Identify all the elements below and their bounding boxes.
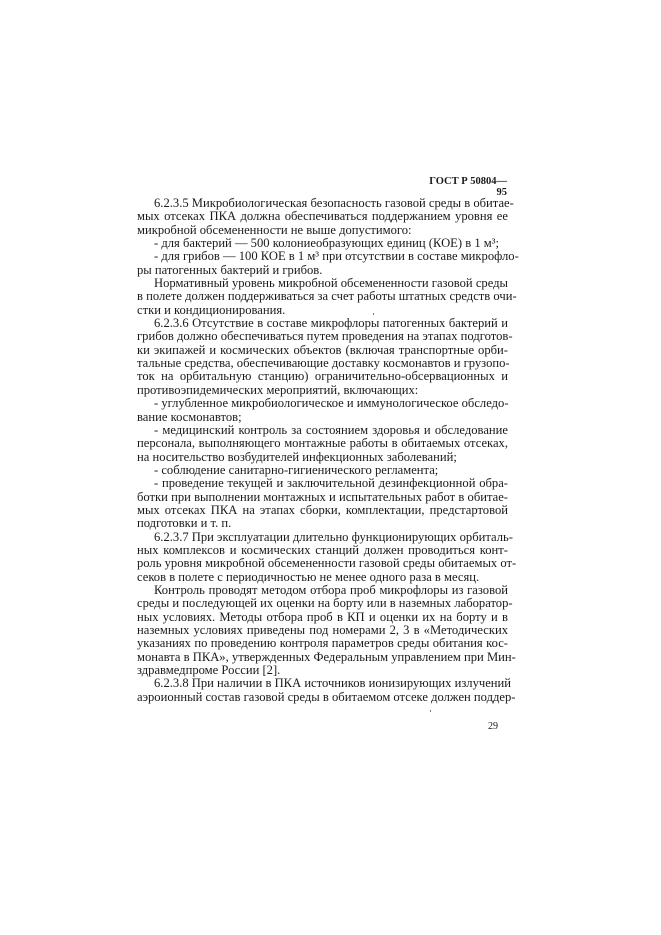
text-line: 6.2.3.5 Микробиологическая безопасность … (137, 197, 508, 210)
text-line: мых отсеках ПКА должна обеспечиваться по… (137, 210, 508, 223)
text-line: наземных условиях приведены под номерами… (137, 624, 508, 637)
text-line: Контроль проводят методом отбора проб ми… (137, 584, 508, 597)
scan-speck (373, 313, 374, 315)
text-line: - соблюдение санитарно-гигиенического ре… (137, 464, 508, 477)
text-line: мых отсеках ПКА на этапах сборки, компле… (137, 504, 508, 517)
text-line: ки экипажей и космических объектов (вклю… (137, 344, 508, 357)
text-line: 6.2.3.6 Отсутствие в составе микрофлоры … (137, 317, 508, 330)
text-line: - проведение текущей и заключительной де… (137, 477, 508, 490)
text-line: - для грибов — 100 КОЕ в 1 м³ при отсутс… (137, 250, 508, 263)
text-line: ботки при выполнении монтажных и испытат… (137, 491, 508, 504)
text-line: Нормативный уровень микробной обсемененн… (137, 277, 508, 290)
text-line: ных условиях. Методы отбора проб в КП и … (137, 611, 508, 624)
text-line: - углубленное микробиологическое и иммун… (137, 397, 508, 410)
text-line: микробной обсемененности не выше допусти… (137, 224, 508, 237)
scan-speck (430, 710, 431, 712)
text-line: указаниях по проведению контроля парамет… (137, 637, 508, 650)
text-line: ры патогенных бактерий и грибов. (137, 264, 508, 277)
text-line: ных комплексов и космических станций дол… (137, 544, 508, 557)
text-line: тальные средства, обеспечивающие доставк… (137, 357, 508, 370)
text-line: на носительство возбудителей инфекционны… (137, 451, 508, 464)
text-line: аэроионный состав газовой среды в обитае… (137, 691, 508, 704)
text-line: 6.2.3.8 При наличии в ПКА источников ион… (137, 677, 508, 690)
text-line: ток на орбитальную станцию) ограничитель… (137, 370, 508, 383)
text-line: 6.2.3.7 При эксплуатации длительно функц… (137, 531, 508, 544)
text-line: - медицинский контроль за состоянием здо… (137, 424, 508, 437)
text-line: в полете должен поддерживаться за счет р… (137, 290, 508, 303)
text-line: среды и последующей их оценки на борту и… (137, 597, 508, 610)
text-line: - для бактерий — 500 колониеобразующих е… (137, 237, 508, 250)
text-line: монавта в ПКА», утвержденных Федеральным… (137, 651, 508, 664)
text-line: секов в полете с периодичностью не менее… (137, 571, 508, 584)
document-page: ГОСТ Р 50804—95 6.2.3.5 Микробиологическ… (0, 0, 661, 935)
text-line: здравмедпроме России [2]. (137, 664, 508, 677)
body-text: 6.2.3.5 Микробиологическая безопасность … (137, 197, 508, 704)
text-line: персонала, выполняющего монтажные работы… (137, 437, 508, 450)
text-line: вание космонавтов; (137, 411, 508, 424)
text-line: грибов должно обеспечиваться путем прове… (137, 330, 508, 343)
page-number: 29 (488, 721, 498, 732)
standard-header: ГОСТ Р 50804—95 (420, 176, 507, 198)
text-line: подготовки и т. п. (137, 517, 508, 530)
text-line: противоэпидемических мероприятий, включа… (137, 384, 508, 397)
text-line: роль уровня микробной обсемененности газ… (137, 557, 508, 570)
text-line: стки и кондиционирования. (137, 304, 508, 317)
